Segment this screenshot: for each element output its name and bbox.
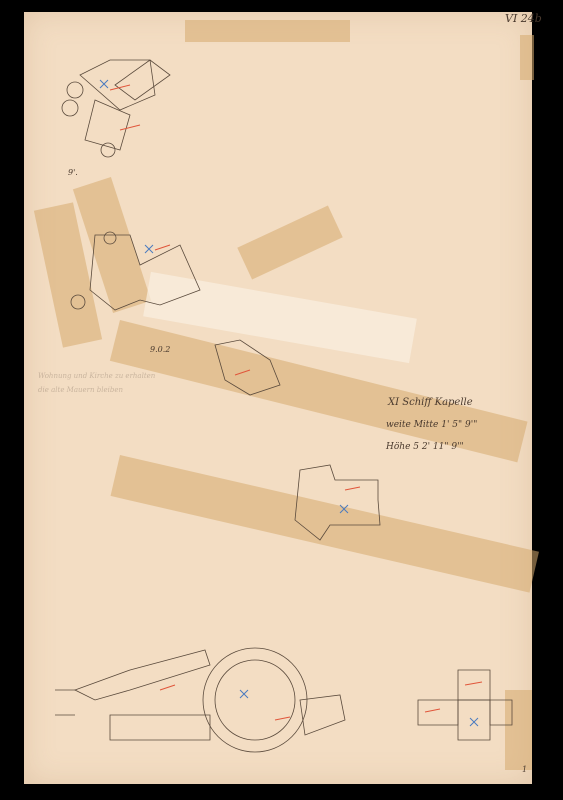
plan2-note: 9.0.2: [150, 345, 170, 354]
floor-plan-drawings: [0, 0, 563, 800]
annotation-line-3: Höhe 5 2' 11" 9'": [386, 442, 464, 452]
faint-annotation-line-1: Wohnung und Kirche zu erhalten: [38, 372, 155, 380]
corner-mark: 1: [522, 765, 527, 774]
annotation-line-2: weite Mitte 1' 5" 9'": [386, 420, 477, 430]
faint-annotation-line-2: die alte Mauern bleiben: [38, 386, 123, 394]
annotation-line-1: XI Schiff Kapelle: [388, 397, 473, 408]
plan1-note: 9'.: [68, 168, 78, 177]
catalog-mark: VI 24b: [505, 12, 542, 25]
